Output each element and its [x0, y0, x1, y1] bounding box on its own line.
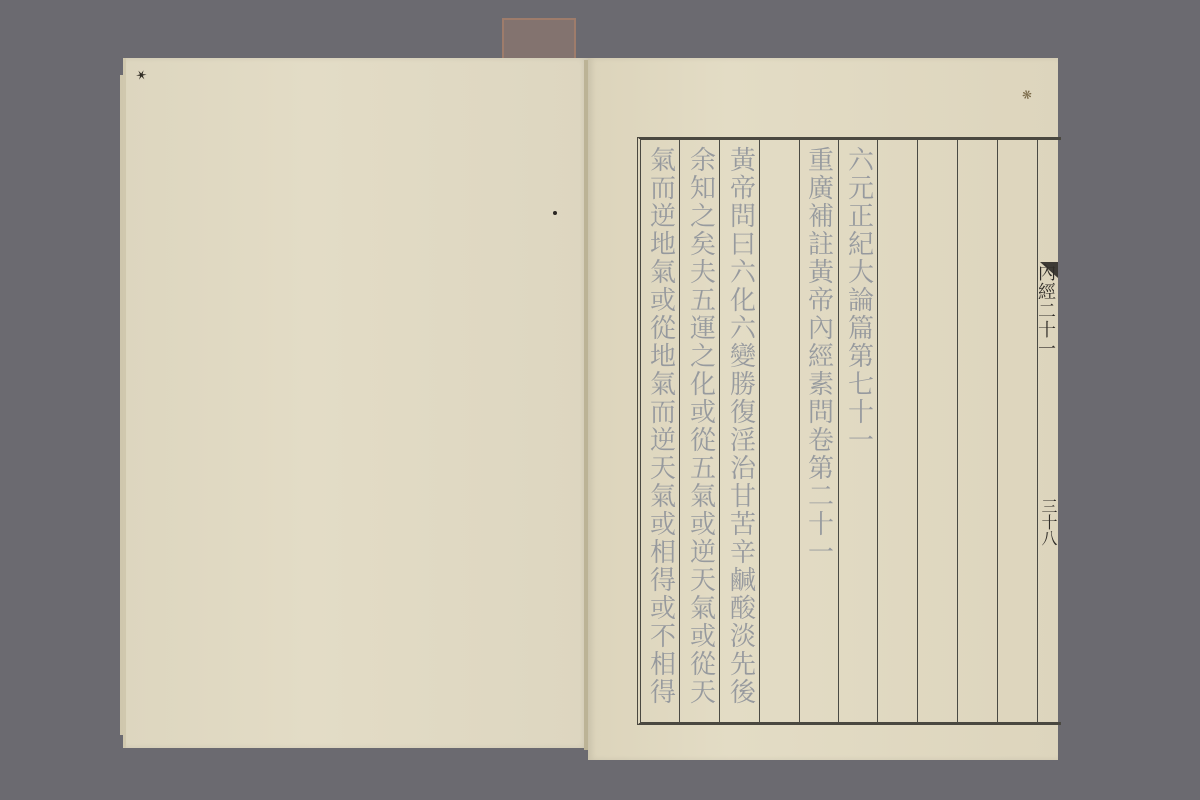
text-column-title: 六元正紀大論篇第七十一	[841, 146, 877, 716]
column-rule	[917, 140, 918, 722]
ink-speck	[553, 211, 557, 215]
print-frame: 六元正紀大論篇第七十一 重廣補註黃帝內經素問卷第二十一 黃帝問曰六化六變勝復淫治…	[637, 137, 1061, 725]
text-column-heading: 重廣補註黃帝內經素問卷第二十一	[801, 146, 837, 716]
text-column-body: 氣而逆地氣或從地氣而逆天氣或相得或不相得	[643, 146, 679, 716]
book-photo: ✶ ❋ 六元正紀大論篇第七十一 重廣補註黃帝內經素問卷第二十一 黃帝問曰六化六變…	[0, 0, 1200, 800]
text-column-body: 黃帝問曰六化六變勝復淫治甘苦辛鹹酸淡先後	[723, 146, 759, 716]
text-column-body: 余知之矣夫五運之化或從五氣或逆天氣或從天	[683, 146, 719, 716]
left-page-blank	[126, 58, 588, 748]
column-rule	[838, 140, 839, 722]
page-number: 三十八	[1040, 498, 1060, 546]
column-rule	[957, 140, 958, 722]
column-rule	[997, 140, 998, 722]
